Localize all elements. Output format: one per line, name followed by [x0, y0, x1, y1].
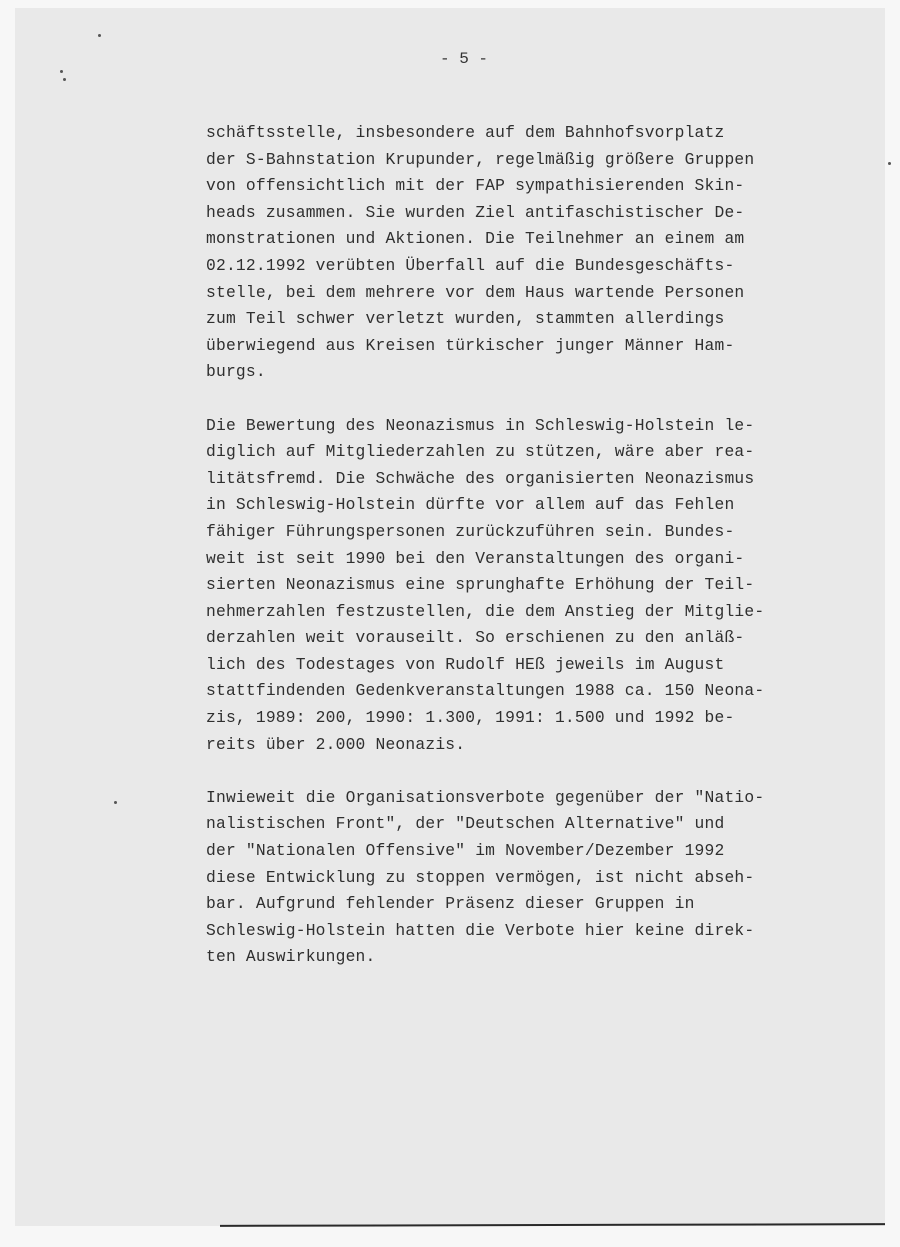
text-line: zis, 1989: 200, 1990: 1.300, 1991: 1.500… [206, 705, 826, 732]
text-line: ten Auswirkungen. [206, 944, 826, 971]
text-line: stattfindenden Gedenkveranstaltungen 198… [206, 678, 826, 705]
text-line: nehmerzahlen festzustellen, die dem Anst… [206, 599, 826, 626]
paragraph: schäftsstelle, insbesondere auf dem Bahn… [206, 120, 826, 386]
document-body: schäftsstelle, insbesondere auf dem Bahn… [206, 120, 826, 998]
text-line: sierten Neonazismus eine sprunghafte Erh… [206, 572, 826, 599]
text-line: der S-Bahnstation Krupunder, regelmäßig … [206, 147, 826, 174]
scan-speck [888, 162, 891, 165]
text-line: bar. Aufgrund fehlender Präsenz dieser G… [206, 891, 826, 918]
text-line: lich des Todestages von Rudolf HEß jewei… [206, 652, 826, 679]
text-line: von offensichtlich mit der FAP sympathis… [206, 173, 826, 200]
text-line: Schleswig-Holstein hatten die Verbote hi… [206, 918, 826, 945]
text-line: zum Teil schwer verletzt wurden, stammte… [206, 306, 826, 333]
text-line: in Schleswig-Holstein dürfte vor allem a… [206, 492, 826, 519]
text-line: schäftsstelle, insbesondere auf dem Bahn… [206, 120, 826, 147]
text-line: derzahlen weit vorauseilt. So erschienen… [206, 625, 826, 652]
text-line: Die Bewertung des Neonazismus in Schlesw… [206, 413, 826, 440]
paragraph: Die Bewertung des Neonazismus in Schlesw… [206, 413, 826, 759]
text-line: litätsfremd. Die Schwäche des organisier… [206, 466, 826, 493]
text-line: 02.12.1992 verübten Überfall auf die Bun… [206, 253, 826, 280]
scan-speck [63, 78, 66, 81]
scan-speck [60, 70, 63, 73]
text-line: nalistischen Front", der "Deutschen Alte… [206, 811, 826, 838]
text-line: überwiegend aus Kreisen türkischer junge… [206, 333, 826, 360]
text-line: Inwieweit die Organisationsverbote gegen… [206, 785, 826, 812]
text-line: der "Nationalen Offensive" im November/D… [206, 838, 826, 865]
page-bottom-edge [220, 1223, 885, 1227]
text-line: diglich auf Mitgliederzahlen zu stützen,… [206, 439, 826, 466]
text-line: weit ist seit 1990 bei den Veranstaltung… [206, 546, 826, 573]
text-line: reits über 2.000 Neonazis. [206, 732, 826, 759]
scan-speck [114, 801, 117, 804]
text-line: burgs. [206, 359, 826, 386]
text-line: fähiger Führungspersonen zurückzuführen … [206, 519, 826, 546]
paragraph: Inwieweit die Organisationsverbote gegen… [206, 785, 826, 971]
text-line: heads zusammen. Sie wurden Ziel antifasc… [206, 200, 826, 227]
text-line: diese Entwicklung zu stoppen vermögen, i… [206, 865, 826, 892]
text-line: stelle, bei dem mehrere vor dem Haus war… [206, 280, 826, 307]
page-number: - 5 - [0, 50, 900, 68]
scan-speck [98, 34, 101, 37]
text-line: monstrationen und Aktionen. Die Teilnehm… [206, 226, 826, 253]
